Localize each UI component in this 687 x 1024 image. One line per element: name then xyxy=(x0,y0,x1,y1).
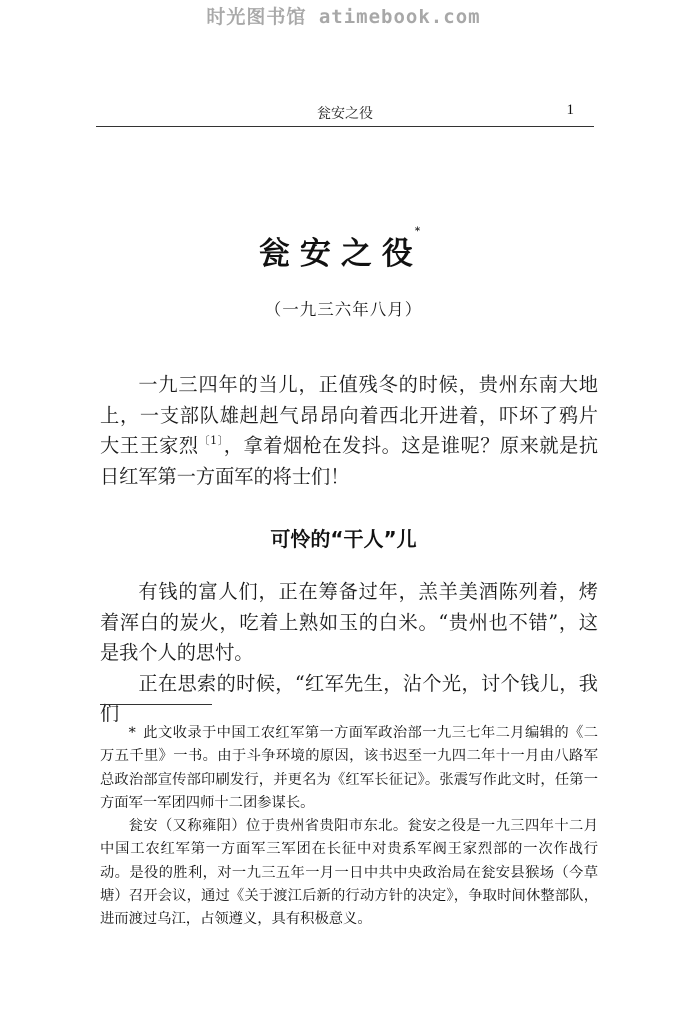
footnote-1-text: 此文收录于中国工农红军第一方面军政治部一九三七年二月编辑的《二万五千里》一书。由… xyxy=(100,725,598,811)
footnotes: *此文收录于中国工农红军第一方面军政治部一九三七年二月编辑的《二万五千里》一书。… xyxy=(100,722,598,932)
footnote-mark: * xyxy=(129,722,143,745)
running-head-title: 瓮安之役 xyxy=(96,103,594,123)
chapter-title: 瓮安之役* xyxy=(0,228,687,273)
footnote-2: 瓮安（又称雍阳）位于贵州省贵阳市东北。瓮安之役是一九三四年十二月中国工农红军第一… xyxy=(100,815,598,931)
chapter-date: （一九三六年八月） xyxy=(0,296,687,320)
header-divider xyxy=(96,126,594,127)
footnote-divider xyxy=(100,704,212,705)
note-reference-1: 〔1〕 xyxy=(199,434,224,447)
section-heading: 可怜的“干人”儿 xyxy=(0,523,687,552)
footnote-1: *此文收录于中国工农红军第一方面军政治部一九三七年二月编辑的《二万五千里》一书。… xyxy=(100,722,598,815)
watermark: 时光图书馆 atimebook.com xyxy=(0,2,687,29)
page-number: 1 xyxy=(567,102,575,119)
body-paragraph-3: 正在思索的时候，“红军先生，沾个光，讨个钱儿，我们 xyxy=(100,669,598,730)
body-paragraphs-2: 有钱的富人们，正在筹备过年，羔羊美酒陈列着，烤着浑白的炭火，吃着上熟如玉的白米。… xyxy=(100,577,598,730)
chapter-title-text: 瓮安之役 xyxy=(259,236,423,272)
title-note-mark: * xyxy=(415,226,420,237)
running-head: 瓮安之役 1 xyxy=(96,100,594,124)
body-paragraph-1: 一九三四年的当儿，正值残冬的时候，贵州东南大地上，一支部队雄赳赳气昂昂向着西北开… xyxy=(100,370,598,492)
body-paragraph-2: 有钱的富人们，正在筹备过年，羔羊美酒陈列着，烤着浑白的炭火，吃着上熟如玉的白米。… xyxy=(100,577,598,669)
